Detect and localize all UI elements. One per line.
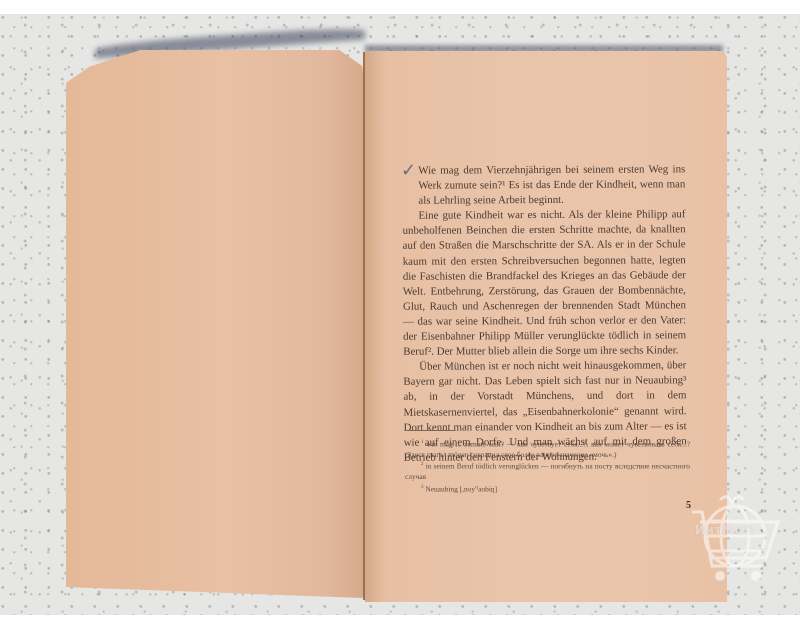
- paragraph-1: Wie mag dem Vierzehnjährigen bei seinem …: [402, 162, 685, 209]
- footnote-text: in seinem Beruf tödlich verunglücken — п…: [405, 462, 690, 481]
- footnote-mark: 2: [421, 462, 424, 467]
- footnotes: 1 wie mag ... zumute sein? — как чувству…: [405, 438, 690, 494]
- footnote-text: wie mag ... zumute sein? — как чувствует…: [405, 439, 690, 458]
- left-page: [66, 50, 363, 598]
- book-spine: [363, 52, 365, 600]
- paragraph-2: Eine gute Kindheit war es nicht. Als der…: [402, 208, 686, 360]
- footnote-1: 1 wie mag ... zumute sein? — как чувству…: [405, 438, 690, 460]
- footnote-divider: [407, 430, 455, 431]
- shopping-cart-globe-icon: [690, 488, 790, 588]
- body-text: Wie mag dem Vierzehnjährigen bei seinem …: [402, 162, 687, 465]
- footnote-2: 2 in seinem Beruf tödlich verunglücken —…: [405, 460, 690, 482]
- footnote-3: 3 Neuaubing [,noy'ˀaobiŋ]: [405, 483, 690, 495]
- watermark-logo-text: ИнтМоЛ: [695, 523, 775, 537]
- footnote-mark: 3: [421, 485, 424, 490]
- footnote-mark: 1: [421, 440, 424, 445]
- footnote-text: Neuaubing [,noy'ˀaobiŋ]: [425, 484, 497, 493]
